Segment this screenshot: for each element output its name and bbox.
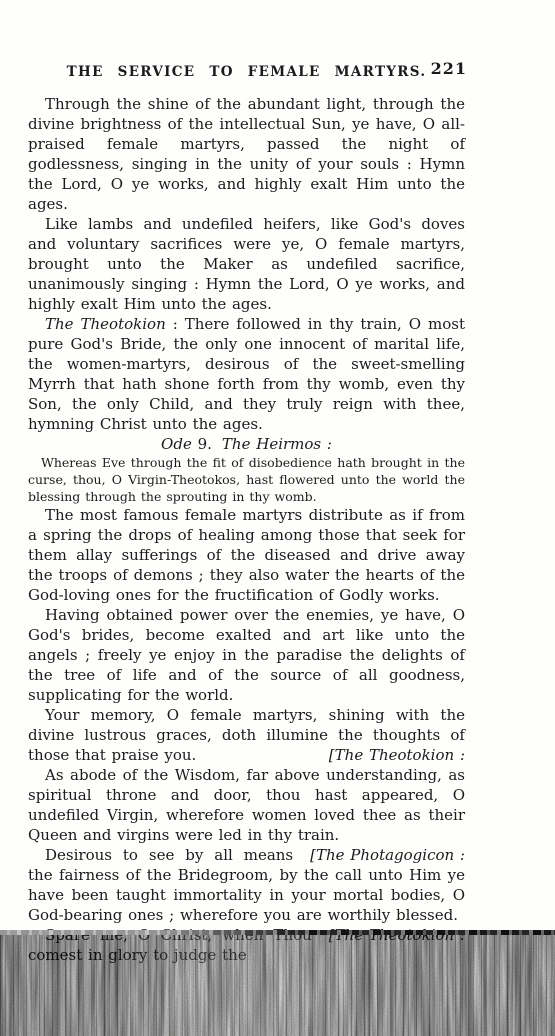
scan-noise-band [0,935,555,1036]
paragraph-4: The most famous female martyrs distribut… [28,505,465,605]
theotokion-lead: The Theotokion [45,315,166,333]
text-block: THE SERVICE TO FEMALE MARTYRS. 221 Throu… [28,61,465,965]
page-header: THE SERVICE TO FEMALE MARTYRS. 221 [28,61,465,82]
running-head: THE SERVICE TO FEMALE MARTYRS. [67,64,427,80]
paragraph-2: Like lambs and undefiled heifers, like G… [28,214,465,314]
ode-heading: Ode 9.The Heirmos : [28,434,465,454]
paragraph-6: Your memory, O female martyrs, shining w… [28,705,465,765]
ode-number: 9. [198,435,212,453]
theotokion-tag-1: [The Theotokion : [312,745,465,765]
ode-word: Ode [161,435,192,453]
page-number: 221 [431,59,467,79]
paragraph-1: Through the shine of the abundant light,… [28,94,465,214]
paragraph-3-theotokion: The Theotokion : There followed in thy t… [28,314,465,434]
paragraph-5: Having obtained power over the enemies, … [28,605,465,705]
photagogicon-tag: [The Photagogicon : [293,845,465,865]
heirmos-text: Whereas Eve through the fit of disobedie… [28,454,465,505]
paragraph-7-text: As abode of the Wisdom, far above unders… [28,766,465,844]
paragraph-7: As abode of the Wisdom, far above unders… [28,765,465,845]
scan-noise-texture [0,935,555,1036]
scanned-book-page: THE SERVICE TO FEMALE MARTYRS. 221 Throu… [0,0,555,1036]
heirmos-label: The Heirmos : [222,435,332,453]
